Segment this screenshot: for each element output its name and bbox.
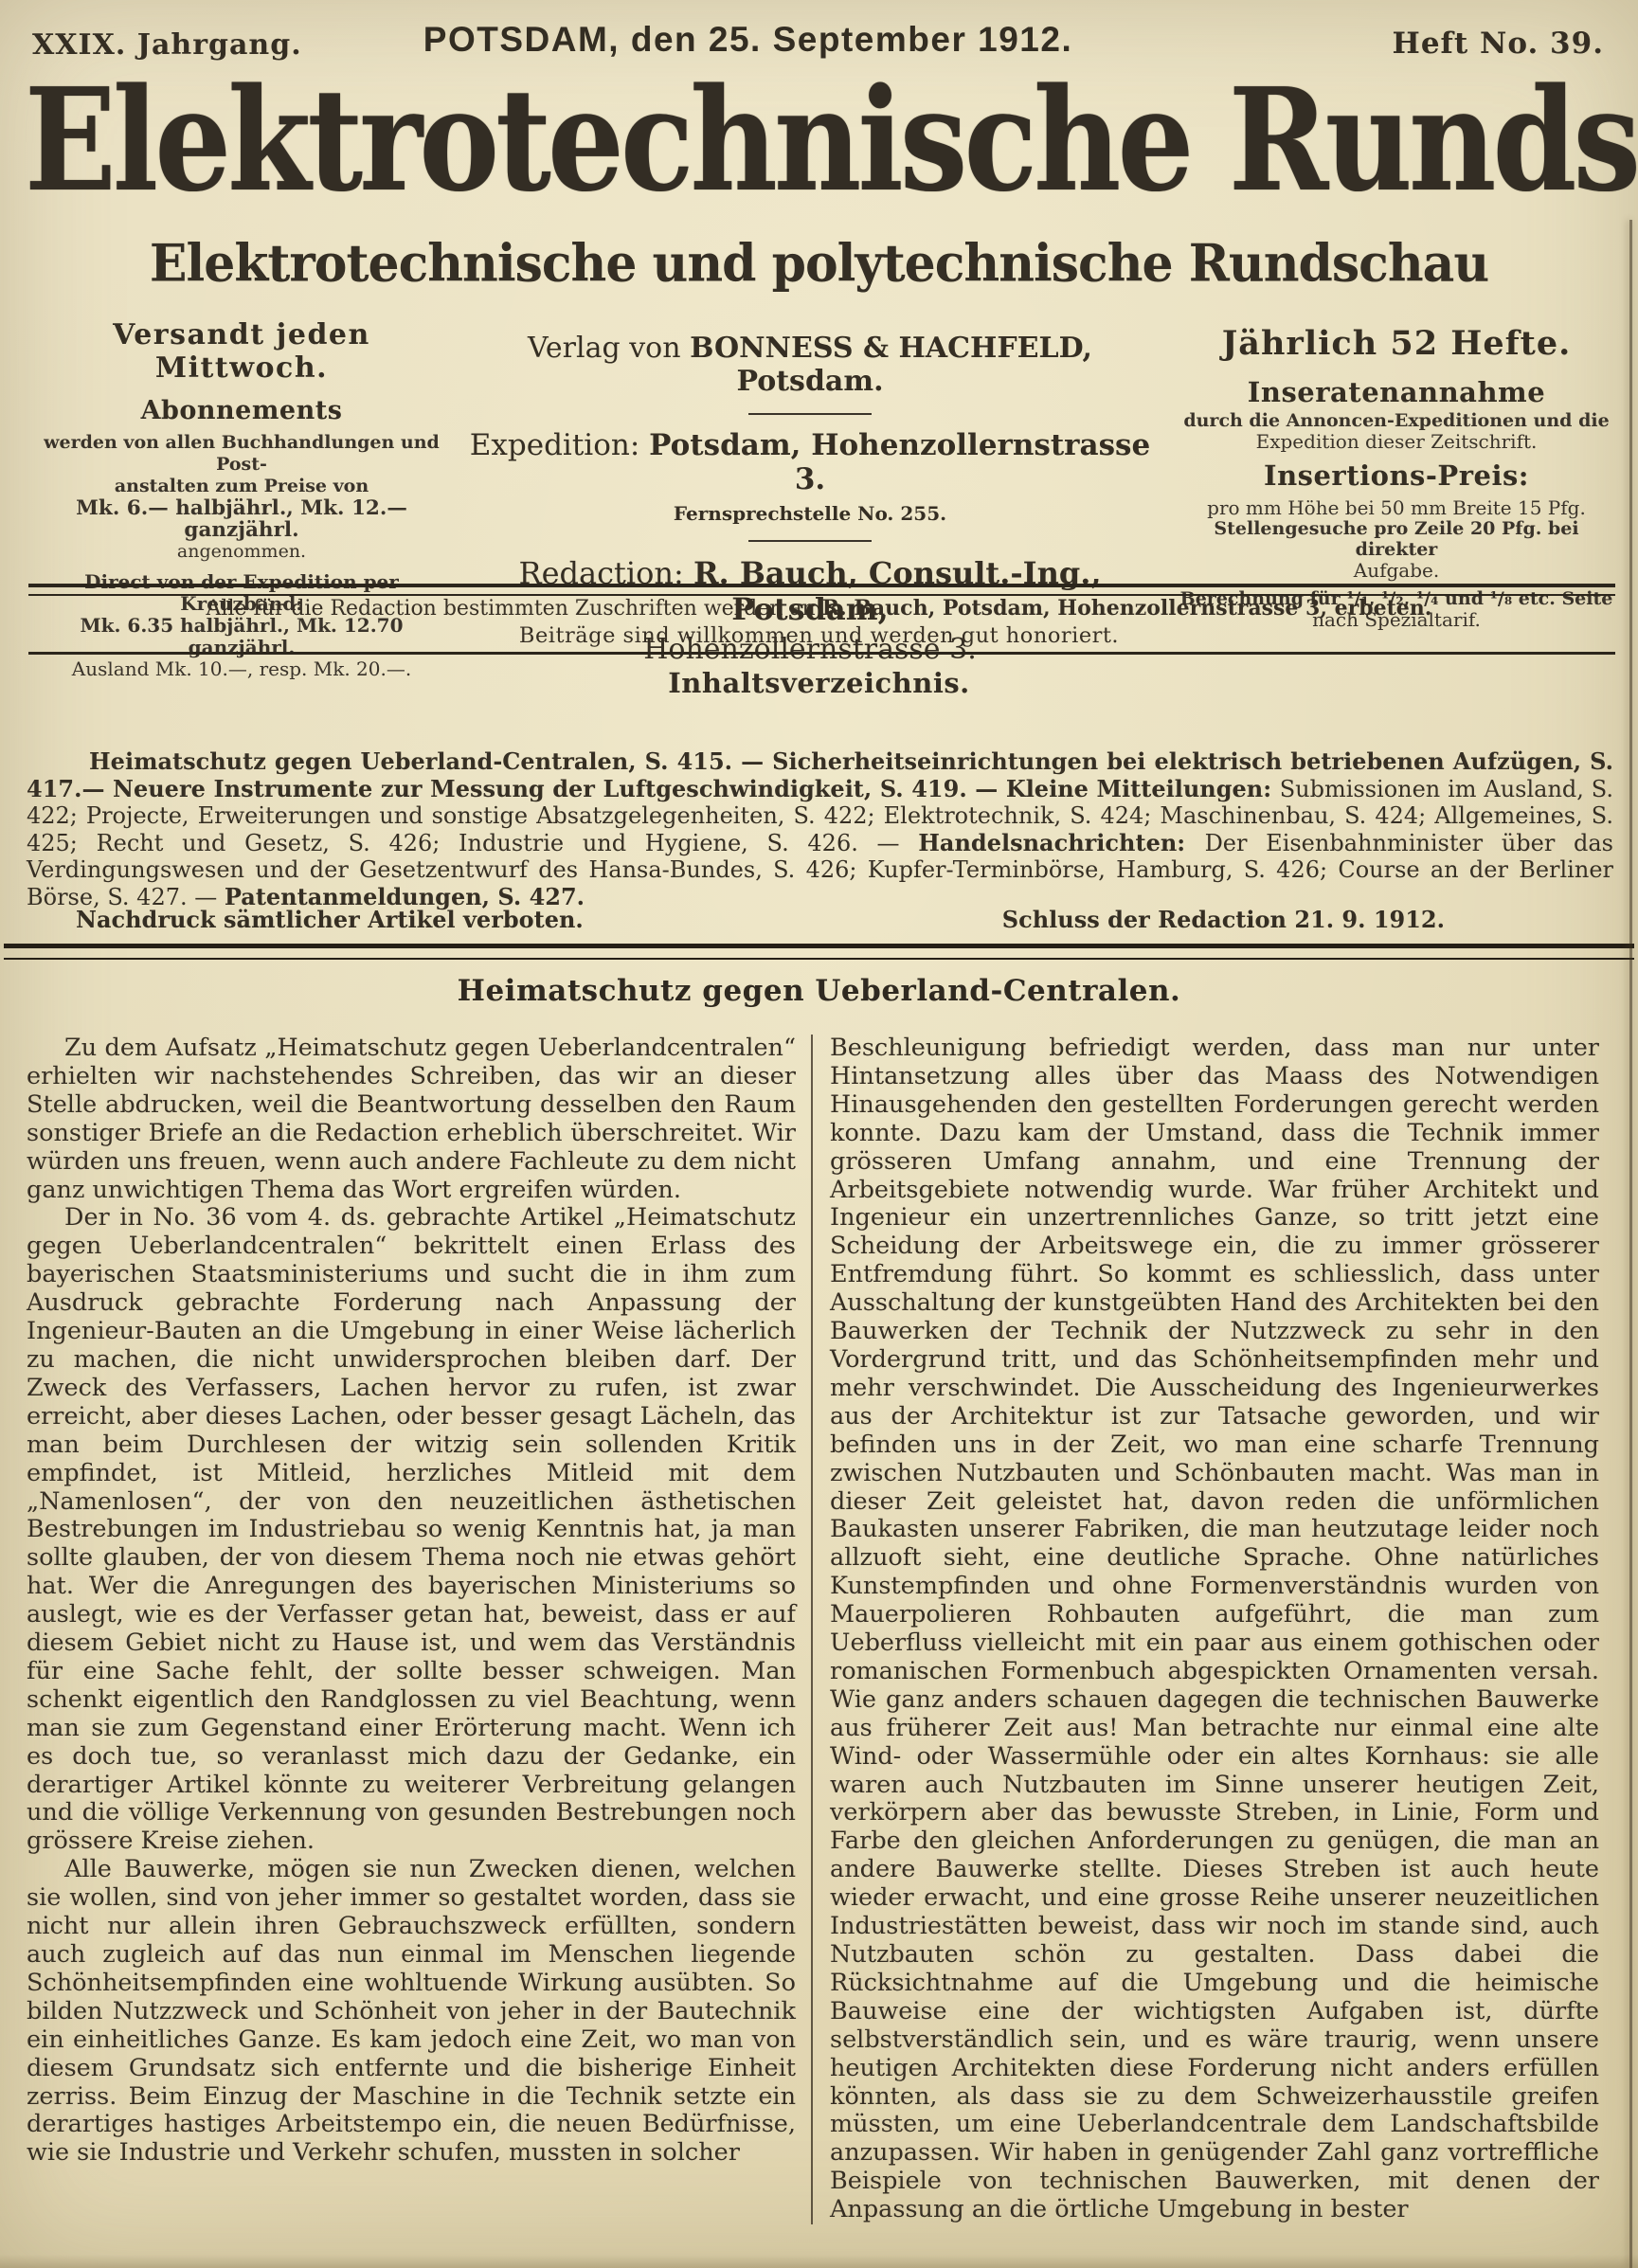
contributions-note: Beiträge sind willkommen und werden gut … [0,623,1638,648]
paragraph: Beschleunigung befriedigt werden, dass m… [830,1035,1599,2224]
article-column-left: Zu dem Aufsatz „Heimatschutz gegen Ueber… [27,1035,811,2168]
toc-text: Heimatschutz gegen Ueberland-Centralen, … [27,748,1613,911]
heavy-rule [4,944,1634,960]
price-line: Stellengesuche pro Zeile 20 Pfg. bei dir… [1178,518,1615,560]
dateline: POTSDAM, den 25. September 1912. [0,20,1496,60]
reprint-notice: Nachdruck sämtlicher Artikel verboten. [76,906,584,933]
insertion-price-heading: Insertions-Preis: [1178,459,1615,492]
paragraph: Zu dem Aufsatz „Heimatschutz gegen Ueber… [27,1035,796,1204]
phone-line: Fernsprechstelle No. 255. [469,502,1151,525]
issue-number: Heft No. 39. [1393,27,1604,61]
paragraph: anstalten zum Preise von [28,476,455,497]
article-column-right: Beschleunigung befriedigt werden, dass m… [811,1035,1599,2224]
divider-rule [748,413,872,415]
masthead-subtitle: Elektrotechnische und polytechnische Run… [0,233,1638,294]
rule-under-notice [28,652,1615,655]
editorial-deadline: Schluss der Redaction 21. 9. 1912. [1002,906,1445,933]
ads-heading: Inseratenannahme [1178,376,1615,408]
expedition-line: Expedition: Potsdam, Hohenzollernstrasse… [469,428,1151,496]
abonnements-heading: Abonnements [28,396,455,425]
shipping-note: Versandt jeden Mittwoch. [28,318,455,385]
price-line: pro mm Höhe bei 50 mm Breite 15 Pfg. [1178,497,1615,518]
page-edge-shadow [1629,220,1632,2268]
yearly-issues: Jährlich 52 Hefte. [1178,324,1615,363]
paragraph: Mk. 6.— halbjährl., Mk. 12.— ganzjährl. [28,497,455,541]
ads-line: durch die Annoncen-Expeditionen und die [1178,410,1615,431]
paragraph: werden von allen Buchhandlungen und Post… [28,432,455,476]
page-bottom-shadow [0,2255,1638,2268]
paragraph: Alle Bauwerke, mögen sie nun Zwecken die… [27,1856,796,2168]
price-line: Aufgabe. [1178,560,1615,581]
article-body: Zu dem Aufsatz „Heimatschutz gegen Ueber… [27,1035,1617,2224]
paragraph: Der in No. 36 vom 4. ds. gebrachte Artik… [27,1204,796,1856]
paragraph: angenommen. [28,541,455,563]
publisher-line: Verlag von BONNESS & HACHFELD, Potsdam. [469,332,1151,398]
masthead-title: Elektrotechnische Rundschau [25,59,1613,222]
double-rule-top [28,584,1615,596]
redaction-notice: Alle für die Redaction bestimmten Zuschr… [0,596,1638,621]
toc-heading: Inhaltsverzeichnis. [0,667,1638,699]
ads-line: Expedition dieser Zeitschrift. [1178,431,1615,452]
article-title: Heimatschutz gegen Ueberland-Centralen. [0,974,1638,1008]
divider-rule [748,540,872,542]
journal-page: XXIX. Jahrgang. POTSDAM, den 25. Septemb… [0,0,1638,2268]
